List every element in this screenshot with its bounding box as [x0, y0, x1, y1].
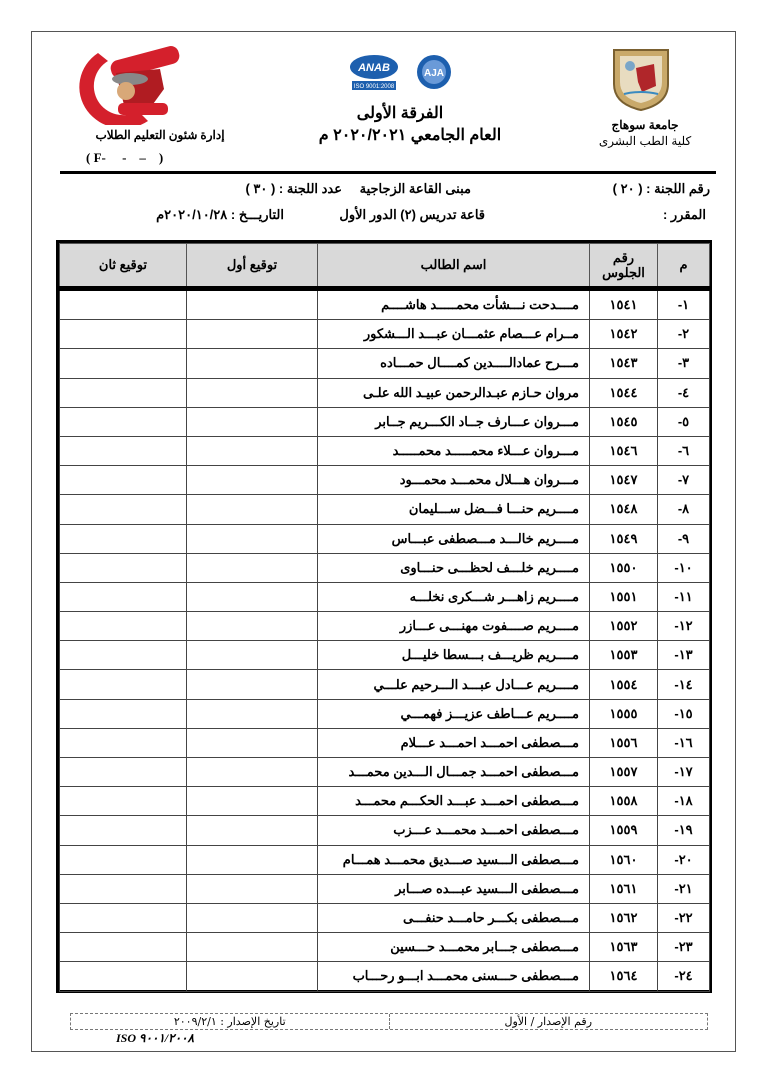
row-index: ١-	[658, 289, 710, 320]
table-row: ٦- ١٥٤٦ مـــروان عـــلاء محمـــــد محمــ…	[60, 436, 710, 465]
department-name: إدارة شئون التعليم الطلاب	[80, 128, 240, 143]
second-signature-cell[interactable]	[60, 495, 187, 524]
table-row: ٩- ١٥٤٩ مــــريم خالـــد مـــصطفى عبـــا…	[60, 524, 710, 553]
seat-number: ١٥٦٤	[590, 962, 658, 991]
seat-number: ١٥٤١	[590, 289, 658, 320]
building-name: مبنى القاعة الزجاجية	[360, 181, 471, 197]
first-signature-cell[interactable]	[187, 933, 318, 962]
second-signature-cell[interactable]	[60, 670, 187, 699]
table-row: ١٥- ١٥٥٥ مــــريم عـــاطف عزيـــز فهمـــ…	[60, 699, 710, 728]
row-index: ٥-	[658, 407, 710, 436]
student-name: مـــصطفى الـــسيد عبـــده صـــابر	[318, 874, 590, 903]
second-signature-cell[interactable]	[60, 612, 187, 641]
student-name: مــــريم عـــادل عبـــد الـــرحيم علـــي	[318, 670, 590, 699]
exam-date: التاريـــخ : ٢٠٢٠/١٠/٢٨م	[156, 207, 284, 223]
svg-text:ISO 9001:2008: ISO 9001:2008	[354, 84, 395, 90]
seat-header-line2: الجلوس	[590, 265, 657, 280]
table-row: ٢١- ١٥٦١ مـــصطفى الـــسيد عبـــده صـــا…	[60, 874, 710, 903]
second-signature-cell[interactable]	[60, 466, 187, 495]
second-signature-cell[interactable]	[60, 553, 187, 582]
second-signature-cell[interactable]	[60, 845, 187, 874]
seat-number: ١٥٤٦	[590, 436, 658, 465]
row-index: ١٠-	[658, 553, 710, 582]
first-signature-cell[interactable]	[187, 582, 318, 611]
col-header-seat-number: رقم الجلوس	[590, 244, 658, 289]
student-name: مــــريم ظريـــف بـــسطا خليـــل	[318, 641, 590, 670]
first-signature-cell[interactable]	[187, 320, 318, 349]
committee-count: عدد اللجنة : ( ٣٠ )	[245, 181, 342, 197]
student-name: مــــريم خلـــف لحظـــى حنـــاوى	[318, 553, 590, 582]
col-header-second-signature: توقيع ثان	[60, 244, 187, 289]
table-row: ١٨- ١٥٥٨ مـــصطفى احمـــد عبـــد الحكـــ…	[60, 787, 710, 816]
second-signature-cell[interactable]	[60, 728, 187, 757]
seat-number: ١٥٥٤	[590, 670, 658, 699]
student-name: مــــريم صــــفوت مهنـــى عـــازر	[318, 612, 590, 641]
second-signature-cell[interactable]	[60, 699, 187, 728]
class-year-title: الفرقة الأولى	[300, 103, 500, 123]
accreditation-badges: ANAB ISO 9001:2008 AJA	[348, 52, 468, 92]
seat-number: ١٥٥٦	[590, 728, 658, 757]
svg-text:AJA: AJA	[424, 68, 444, 79]
seat-number: ١٥٤٧	[590, 466, 658, 495]
second-signature-cell[interactable]	[60, 933, 187, 962]
row-index: ٢٢-	[658, 903, 710, 932]
student-name: مــــريم حنـــا فـــضل ســـليمان	[318, 495, 590, 524]
seat-number: ١٥٥٨	[590, 787, 658, 816]
first-signature-cell[interactable]	[187, 553, 318, 582]
row-index: ١٣-	[658, 641, 710, 670]
university-emblem-icon	[606, 46, 676, 112]
row-index: ١٧-	[658, 758, 710, 787]
first-signature-cell[interactable]	[187, 289, 318, 320]
second-signature-cell[interactable]	[60, 378, 187, 407]
seat-number: ١٥٤٣	[590, 349, 658, 378]
seat-number: ١٥٤٢	[590, 320, 658, 349]
header-divider	[60, 171, 716, 174]
table-row: ١- ١٥٤١ مــــدحت نـــشأت محمـــــد هاشــ…	[60, 289, 710, 320]
second-signature-cell[interactable]	[60, 436, 187, 465]
faculty-name: كلية الطب البشرى	[590, 134, 700, 148]
table-row: ٤- ١٥٤٤ مروان حـازم عبـدالرحمن عبيـد الل…	[60, 378, 710, 407]
row-index: ٢-	[658, 320, 710, 349]
first-signature-cell[interactable]	[187, 728, 318, 757]
student-name: مـــصطفى حـــسنى محمـــد ابـــو رحـــاب	[318, 962, 590, 991]
second-signature-cell[interactable]	[60, 524, 187, 553]
second-signature-cell[interactable]	[60, 758, 187, 787]
first-signature-cell[interactable]	[187, 787, 318, 816]
attendance-table: م رقم الجلوس اسم الطالب توقيع أول توقيع …	[56, 240, 712, 993]
faculty-logo-icon	[68, 45, 190, 125]
first-signature-cell[interactable]	[187, 845, 318, 874]
student-name: مـــصطفى احمـــد احمـــد عـــلام	[318, 728, 590, 757]
second-signature-cell[interactable]	[60, 349, 187, 378]
hall-name: قاعة تدريس (٢) الدور الأول	[339, 207, 485, 223]
second-signature-cell[interactable]	[60, 903, 187, 932]
table-row: ١١- ١٥٥١ مــــريم زاهـــر شـــكرى نخلـــ…	[60, 582, 710, 611]
table-row: ٢٤- ١٥٦٤ مـــصطفى حـــسنى محمـــد ابـــو…	[60, 962, 710, 991]
seat-number: ١٥٦١	[590, 874, 658, 903]
student-name: مـــصطفى احمـــد عبـــد الحكـــم محمـــد	[318, 787, 590, 816]
row-index: ١٨-	[658, 787, 710, 816]
first-signature-cell[interactable]	[187, 495, 318, 524]
seat-number: ١٥٤٨	[590, 495, 658, 524]
col-header-index: م	[658, 244, 710, 289]
student-name: مـــصطفى احمـــد محمـــد عـــزب	[318, 816, 590, 845]
committee-number: رقم اللجنة : ( ٢٠ )	[613, 181, 710, 197]
form-code: ( F- - – )	[86, 150, 226, 166]
second-signature-cell[interactable]	[60, 289, 187, 320]
table-header-row: م رقم الجلوس اسم الطالب توقيع أول توقيع …	[60, 244, 710, 289]
first-signature-cell[interactable]	[187, 758, 318, 787]
seat-number: ١٥٥١	[590, 582, 658, 611]
first-signature-cell[interactable]	[187, 641, 318, 670]
issue-date: تاريخ الإصدار : ٢٠٠٩/٢/١	[71, 1014, 390, 1029]
student-name: مـــروان هـــلال محمـــد محمـــود	[318, 466, 590, 495]
student-name: مـــروان عـــلاء محمـــــد محمـــــد	[318, 436, 590, 465]
table-row: ١٧- ١٥٥٧ مـــصطفى احمـــد جمـــال الـــد…	[60, 758, 710, 787]
second-signature-cell[interactable]	[60, 874, 187, 903]
table-row: ١٣- ١٥٥٣ مــــريم ظريـــف بـــسطا خليـــ…	[60, 641, 710, 670]
table-row: ٣- ١٥٤٣ مـــرح عمادالــــدين كمــــال حم…	[60, 349, 710, 378]
seat-number: ١٥٤٤	[590, 378, 658, 407]
row-index: ٤-	[658, 378, 710, 407]
row-index: ١١-	[658, 582, 710, 611]
table-row: ١٦- ١٥٥٦ مـــصطفى احمـــد احمـــد عـــلا…	[60, 728, 710, 757]
col-header-student-name: اسم الطالب	[318, 244, 590, 289]
first-signature-cell[interactable]	[187, 378, 318, 407]
student-name: مـــروان عـــارف جــاد الكـــريم جــابر	[318, 407, 590, 436]
footer-issue-box: رقم الإصدار / الأول تاريخ الإصدار : ٢٠٠٩…	[70, 1013, 708, 1030]
row-index: ٧-	[658, 466, 710, 495]
student-name: مروان حـازم عبـدالرحمن عبيـد الله علـى	[318, 378, 590, 407]
seat-number: ١٥٥٥	[590, 699, 658, 728]
course-label: المقرر :	[663, 207, 706, 223]
row-index: ٩-	[658, 524, 710, 553]
student-name: مــــريم عـــاطف عزيـــز فهمـــي	[318, 699, 590, 728]
student-name: مــرام عـــصام عثمـــان عبـــد الـــشكور	[318, 320, 590, 349]
seat-number: ١٥٦٢	[590, 903, 658, 932]
student-name: مـــصطفى بكـــر حامـــد حنفـــى	[318, 903, 590, 932]
issue-number: رقم الإصدار / الأول	[390, 1014, 708, 1029]
seat-header-line1: رقم	[590, 250, 657, 265]
first-signature-cell[interactable]	[187, 436, 318, 465]
student-name: مــــريم زاهـــر شـــكرى نخلـــه	[318, 582, 590, 611]
seat-number: ١٥٦٠	[590, 845, 658, 874]
second-signature-cell[interactable]	[60, 641, 187, 670]
student-name: مـــصطفى جـــابر محمـــد حـــسين	[318, 933, 590, 962]
first-signature-cell[interactable]	[187, 903, 318, 932]
row-index: ٣-	[658, 349, 710, 378]
table-row: ٢٠- ١٥٦٠ مـــصطفى الـــسيد صـــديق محمــ…	[60, 845, 710, 874]
academic-year: العام الجامعي ٢٠٢٠/٢٠٢١ م	[290, 125, 530, 145]
row-index: ١٤-	[658, 670, 710, 699]
table-row: ١٤- ١٥٥٤ مــــريم عـــادل عبـــد الـــرح…	[60, 670, 710, 699]
second-signature-cell[interactable]	[60, 816, 187, 845]
student-name: مـــصطفى احمـــد جمـــال الـــدين محمـــ…	[318, 758, 590, 787]
table-row: ١٢- ١٥٥٢ مــــريم صــــفوت مهنـــى عـــا…	[60, 612, 710, 641]
first-signature-cell[interactable]	[187, 874, 318, 903]
row-index: ١٥-	[658, 699, 710, 728]
row-index: ٦-	[658, 436, 710, 465]
seat-number: ١٥٥٢	[590, 612, 658, 641]
table-row: ٧- ١٥٤٧ مـــروان هـــلال محمـــد محمـــو…	[60, 466, 710, 495]
iso-certification: ISO ٩٠٠١/٢٠٠٨	[116, 1031, 194, 1046]
first-signature-cell[interactable]	[187, 816, 318, 845]
row-index: ١٢-	[658, 612, 710, 641]
first-signature-cell[interactable]	[187, 699, 318, 728]
row-index: ١٩-	[658, 816, 710, 845]
university-name: جامعة سوهاج	[590, 118, 700, 132]
first-signature-cell[interactable]	[187, 407, 318, 436]
row-index: ٨-	[658, 495, 710, 524]
second-signature-cell[interactable]	[60, 962, 187, 991]
seat-number: ١٥٦٣	[590, 933, 658, 962]
first-signature-cell[interactable]	[187, 349, 318, 378]
student-name: مـــرح عمادالــــدين كمــــال حمـــاده	[318, 349, 590, 378]
table-row: ٨- ١٥٤٨ مــــريم حنـــا فـــضل ســـليمان	[60, 495, 710, 524]
table-row: ٥- ١٥٤٥ مـــروان عـــارف جــاد الكـــريم…	[60, 407, 710, 436]
table-row: ٢٣- ١٥٦٣ مـــصطفى جـــابر محمـــد حـــسي…	[60, 933, 710, 962]
student-name: مـــصطفى الـــسيد صـــديق محمـــد همـــا…	[318, 845, 590, 874]
seat-number: ١٥٥٧	[590, 758, 658, 787]
first-signature-cell[interactable]	[187, 670, 318, 699]
second-signature-cell[interactable]	[60, 582, 187, 611]
seat-number: ١٥٥٣	[590, 641, 658, 670]
table-row: ١٩- ١٥٥٩ مـــصطفى احمـــد محمـــد عـــزب	[60, 816, 710, 845]
row-index: ٢١-	[658, 874, 710, 903]
first-signature-cell[interactable]	[187, 524, 318, 553]
row-index: ٢٤-	[658, 962, 710, 991]
row-index: ٢٠-	[658, 845, 710, 874]
first-signature-cell[interactable]	[187, 466, 318, 495]
second-signature-cell[interactable]	[60, 407, 187, 436]
col-header-first-signature: توقيع أول	[187, 244, 318, 289]
student-name: مــــدحت نـــشأت محمـــــد هاشــــم	[318, 289, 590, 320]
row-index: ٢٣-	[658, 933, 710, 962]
seat-number: ١٥٥٠	[590, 553, 658, 582]
anab-badge-label: ANAB	[357, 62, 390, 74]
seat-number: ١٥٤٥	[590, 407, 658, 436]
second-signature-cell[interactable]	[60, 320, 187, 349]
table-row: ١٠- ١٥٥٠ مــــريم خلـــف لحظـــى حنـــاو…	[60, 553, 710, 582]
second-signature-cell[interactable]	[60, 787, 187, 816]
student-name: مــــريم خالـــد مـــصطفى عبـــاس	[318, 524, 590, 553]
table-row: ٢- ١٥٤٢ مــرام عـــصام عثمـــان عبـــد ا…	[60, 320, 710, 349]
seat-number: ١٥٤٩	[590, 524, 658, 553]
seat-number: ١٥٥٩	[590, 816, 658, 845]
row-index: ١٦-	[658, 728, 710, 757]
first-signature-cell[interactable]	[187, 612, 318, 641]
table-row: ٢٢- ١٥٦٢ مـــصطفى بكـــر حامـــد حنفـــى	[60, 903, 710, 932]
first-signature-cell[interactable]	[187, 962, 318, 991]
